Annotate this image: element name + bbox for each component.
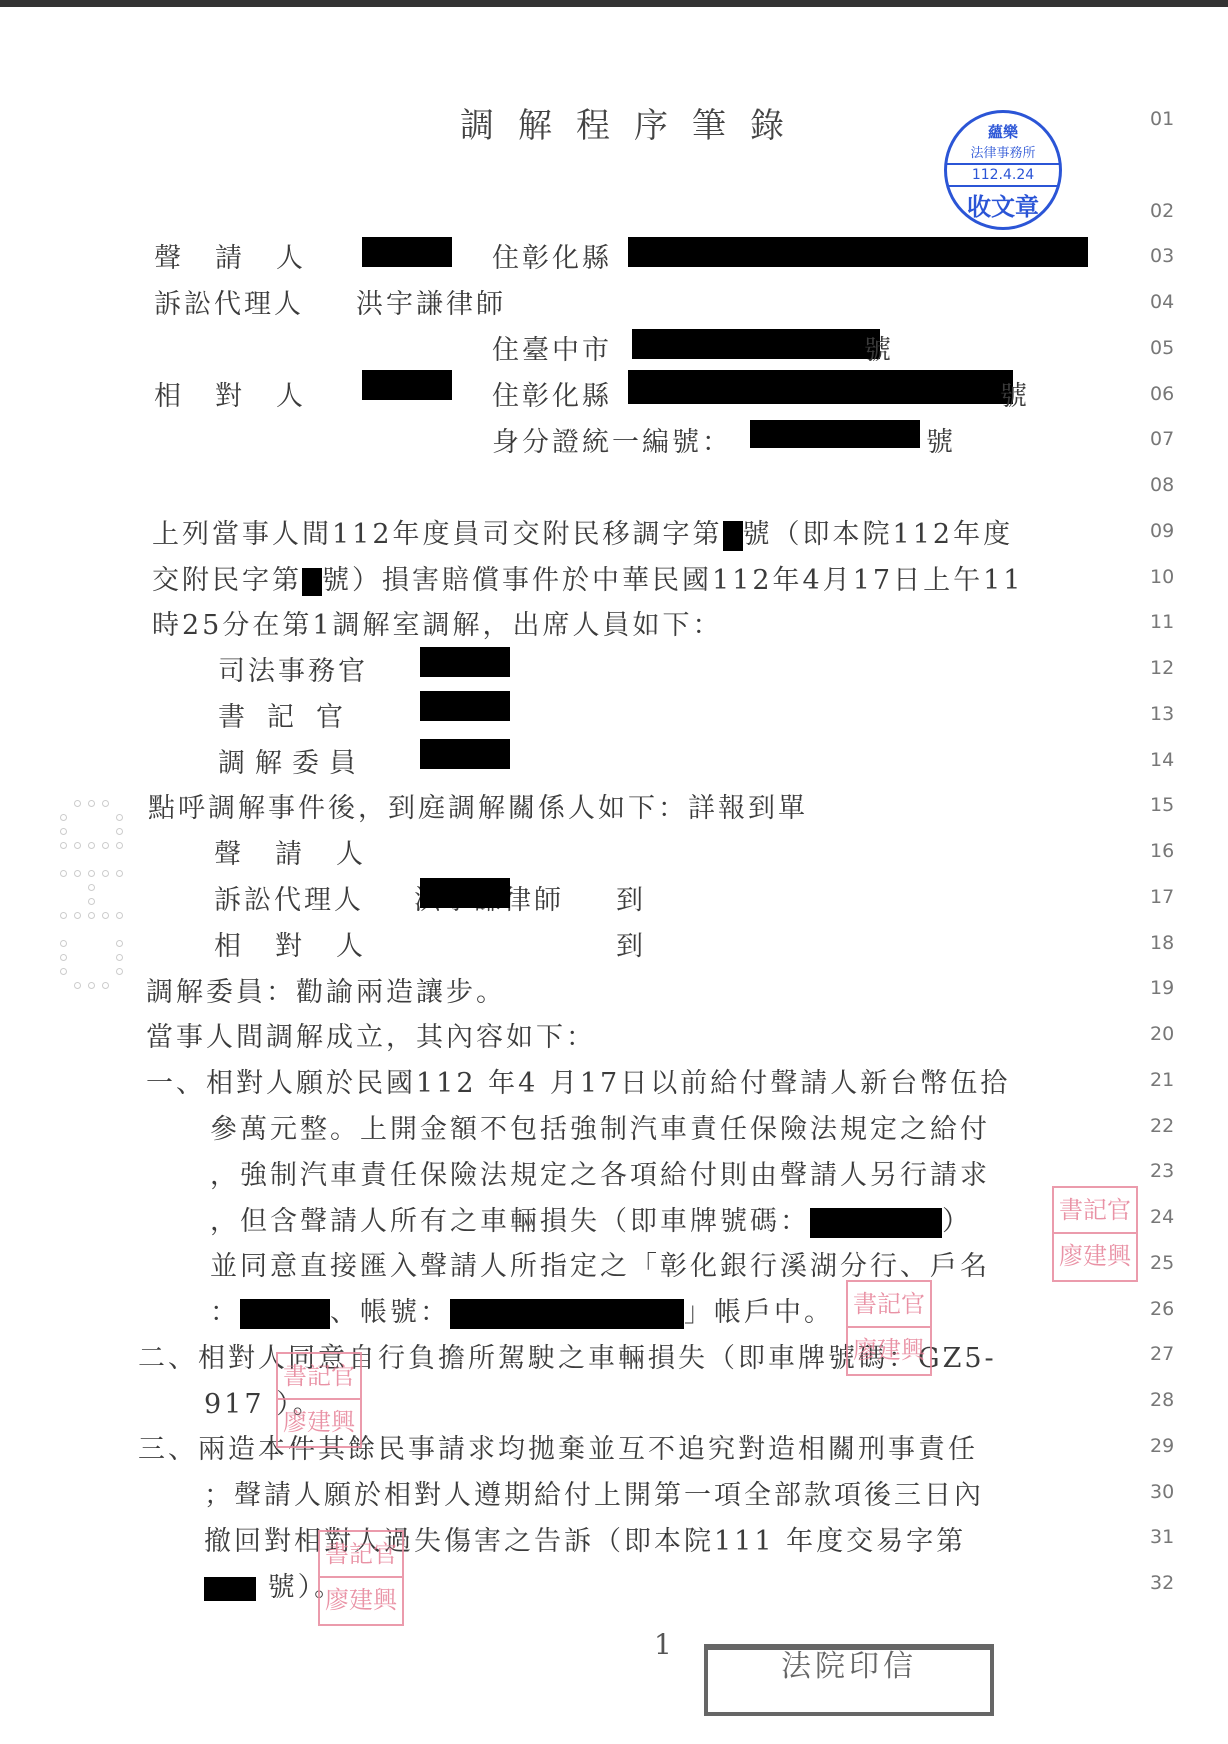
clause-text: 、帳號：: [330, 1297, 450, 1328]
line-number: 01: [1150, 108, 1190, 130]
clerk-stamp-name: 廖建興: [278, 1400, 360, 1444]
clause-text: ：: [210, 1297, 240, 1328]
line-number: 22: [1150, 1115, 1190, 1137]
redaction: [750, 420, 920, 448]
redaction: [628, 237, 1088, 267]
agent-address: 住臺中市: [492, 328, 612, 367]
line-number: 14: [1150, 749, 1190, 771]
line-number: 31: [1150, 1526, 1190, 1548]
settlement-intro: 當事人間調解成立，其內容如下：: [146, 1015, 596, 1054]
case-line-11: 時25分在第1調解室調解，出席人員如下：: [152, 603, 723, 642]
redaction: [810, 1208, 942, 1238]
attendee-role: 書記官: [218, 695, 365, 734]
roll-call-line: 點呼調解事件後，到庭調解關係人如下：詳報到單: [148, 786, 808, 825]
present-status: 到: [616, 878, 646, 917]
redaction: [420, 739, 510, 769]
clause-1-line-6: ：、帳號：」帳戶中。: [210, 1290, 834, 1329]
line-number: 06: [1150, 383, 1190, 405]
line-number: 04: [1150, 291, 1190, 313]
line-number: 17: [1150, 886, 1190, 908]
redaction: [420, 647, 510, 677]
clause-text: 」帳戶中。: [684, 1297, 834, 1328]
clerk-stamp-title: 書記官: [278, 1354, 360, 1400]
clerk-stamp-name: 廖建興: [1054, 1234, 1136, 1278]
clerk-stamp: 書記官廖建興: [846, 1280, 932, 1376]
clause-1-line-4: ，但含聲請人所有之車輛損失（即車牌號碼：）: [210, 1199, 972, 1238]
line-number: 02: [1150, 200, 1190, 222]
redaction: [723, 521, 743, 551]
court-seal: 法院印信: [704, 1644, 994, 1716]
redaction: [302, 568, 322, 596]
stamp-firm-name: 蘊樂: [947, 121, 1059, 142]
line-number: 18: [1150, 932, 1190, 954]
redaction: [240, 1299, 330, 1329]
stamp-label: 收文章: [947, 187, 1059, 222]
line-number: 15: [1150, 794, 1190, 816]
agent-address-suffix: 號: [864, 328, 894, 367]
document-title: 調解程序筆錄: [460, 98, 808, 147]
line-number: 13: [1150, 703, 1190, 725]
clause-1-line-1: 一、相對人願於民國112 年4 月17日以前給付聲請人新台幣伍拾: [146, 1061, 1010, 1100]
clause-text: ，但含聲請人所有之車輛損失（即車牌號碼：: [210, 1206, 810, 1237]
line-number: 19: [1150, 977, 1190, 999]
line-number: 21: [1150, 1069, 1190, 1091]
redaction: [628, 370, 1013, 404]
clerk-stamp: 書記官廖建興: [1052, 1186, 1138, 1282]
present-role: 聲請人: [214, 832, 397, 871]
id-label: 身分證統一編號：: [492, 420, 732, 459]
line-number: 29: [1150, 1435, 1190, 1457]
redaction: [204, 1577, 256, 1601]
line-number: 28: [1150, 1389, 1190, 1411]
line-number: 23: [1150, 1160, 1190, 1182]
agent-label: 訴訟代理人: [154, 282, 304, 321]
applicant-label: 聲請人: [154, 236, 337, 275]
present-status: 到: [616, 924, 646, 963]
line-number: 16: [1150, 840, 1190, 862]
redaction: [450, 1299, 684, 1329]
stamp-date: 112.4.24: [947, 165, 1059, 187]
attendee-role: 調解委員: [218, 741, 366, 780]
clerk-stamp-title: 書記官: [320, 1532, 402, 1578]
agent-name: 洪宇謙律師: [356, 282, 506, 321]
received-stamp: 蘊樂 法律事務所 112.4.24 收文章: [944, 110, 1062, 230]
line-number: 07: [1150, 428, 1190, 450]
line-number: 11: [1150, 611, 1190, 633]
clause-1-line-2: 參萬元整。上開金額不包括強制汽車責任保險法規定之給付: [210, 1107, 990, 1146]
line-number: 26: [1150, 1298, 1190, 1320]
clerk-stamp: 書記官廖建興: [318, 1530, 404, 1626]
clause-1-line-3: ，強制汽車責任保險法規定之各項給付則由聲請人另行請求: [210, 1153, 990, 1192]
id-suffix: 號: [926, 420, 956, 459]
clerk-stamp-name: 廖建興: [320, 1578, 402, 1622]
line-number: 03: [1150, 245, 1190, 267]
attendee-role: 司法事務官: [218, 649, 368, 688]
line-number: 27: [1150, 1343, 1190, 1365]
redaction: [362, 370, 452, 400]
case-line-10: 交附民字第號）損害賠償事件於中華民國112年4月17日上午11: [152, 558, 1023, 597]
case-text: 號（即本院112年度: [743, 519, 1014, 550]
present-role: 相對人: [214, 924, 397, 963]
redaction: [632, 329, 880, 359]
line-number: 08: [1150, 474, 1190, 496]
respondent-address-suffix: 號: [1000, 374, 1030, 413]
redaction: [420, 691, 510, 721]
clause-1-line-5: 並同意直接匯入聲請人所指定之「彰化銀行溪湖分行、戶名: [210, 1244, 990, 1283]
stamp-firm-type: 法律事務所: [947, 142, 1059, 165]
case-text: 上列當事人間112年度員司交附民移調字第: [152, 519, 723, 550]
line-number: 30: [1150, 1481, 1190, 1503]
clerk-stamp: 書記官廖建興: [276, 1352, 362, 1448]
clerk-stamp-name: 廖建興: [848, 1328, 930, 1372]
line-number: 25: [1150, 1252, 1190, 1274]
respondent-address: 住彰化縣: [492, 374, 612, 413]
clause-3-line-2: ；聲請人願於相對人遵期給付上開第一項全部款項後三日內: [204, 1473, 984, 1512]
line-number: 32: [1150, 1572, 1190, 1594]
line-number: 12: [1150, 657, 1190, 679]
redaction: [420, 878, 510, 908]
page-number: 1: [654, 1628, 672, 1661]
case-line-09: 上列當事人間112年度員司交附民移調字第號（即本院112年度: [152, 512, 1013, 551]
case-text: 交附民字第: [152, 565, 302, 596]
line-number: 10: [1150, 566, 1190, 588]
applicant-address: 住彰化縣: [492, 236, 612, 275]
respondent-label: 相對人: [154, 374, 337, 413]
top-bar: [0, 0, 1228, 7]
clerk-stamp-title: 書記官: [1054, 1188, 1136, 1234]
line-number: 20: [1150, 1023, 1190, 1045]
line-number: 05: [1150, 337, 1190, 359]
line-number: 09: [1150, 520, 1190, 542]
present-role: 訴訟代理人: [214, 878, 364, 917]
clause-3-line-1: 三、兩造本件其餘民事請求均拋棄並互不追究對造相關刑事責任: [138, 1427, 978, 1466]
clerk-stamp-title: 書記官: [848, 1282, 930, 1328]
line-number: 24: [1150, 1206, 1190, 1228]
clause-text: ）: [942, 1206, 972, 1237]
perforation-marks: [58, 800, 124, 990]
case-text: 號）損害賠償事件於中華民國112年4月17日上午11: [322, 565, 1023, 596]
redaction: [362, 237, 452, 267]
mediator-statement: 調解委員：勸諭兩造讓步。: [146, 970, 506, 1009]
